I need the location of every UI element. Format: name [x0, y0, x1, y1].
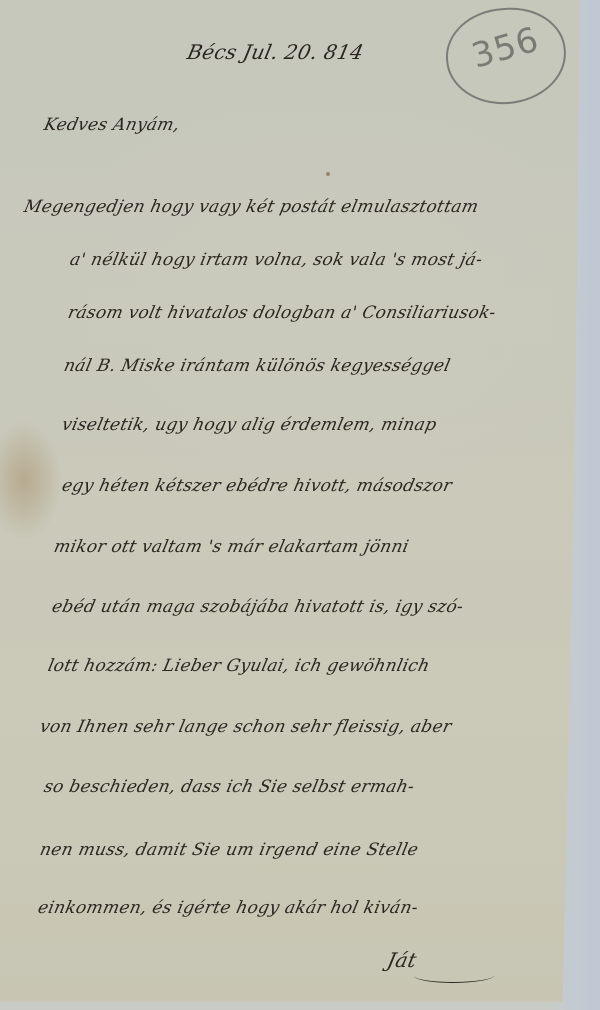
signature: Ját — [385, 948, 419, 972]
body-line-9: lott hozzám: Lieber Gyulai, ich gewöhnli… — [46, 656, 432, 676]
body-line-5: viseltetik, ugy hogy alig érdemlem, mina… — [60, 415, 439, 435]
archive-number-circle: 356 — [443, 4, 569, 108]
body-line-8: ebéd után maga szobájába hivatott is, ig… — [50, 597, 465, 617]
body-line-11: so beschieden, dass ich Sie selbst ermah… — [42, 777, 416, 797]
dateline: Bécs Jul. 20. 814 — [185, 40, 366, 64]
body-line-3: rásom volt hivatalos dologban a' Consili… — [66, 303, 498, 323]
archive-number: 356 — [444, 13, 567, 83]
body-line-7: mikor ott valtam 's már elakartam jönni — [52, 537, 411, 557]
body-line-4: nál B. Miske irántam különös kegyességge… — [62, 356, 452, 376]
body-line-12: nen muss, damit Sie um irgend eine Stell… — [38, 840, 420, 860]
body-line-6: egy héten kétszer ebédre hivott, másodsz… — [60, 476, 454, 496]
body-line-1: Megengedjen hogy vagy két postát elmulas… — [22, 197, 480, 217]
body-line-13: einkommen, és igérte hogy akár hol kiván… — [36, 898, 420, 918]
body-line-2: a' nélkül hogy irtam volna, sok vala 's … — [68, 250, 484, 270]
salutation: Kedves Anyám, — [42, 115, 182, 135]
body-line-10: von Ihnen sehr lange schon sehr fleissig… — [38, 717, 453, 737]
letter-paper: 356 Bécs Jul. 20. 814 Kedves Anyám, Mege… — [0, 0, 580, 1002]
scanned-page: 356 Bécs Jul. 20. 814 Kedves Anyám, Mege… — [0, 0, 600, 1010]
ink-spot — [326, 172, 330, 176]
